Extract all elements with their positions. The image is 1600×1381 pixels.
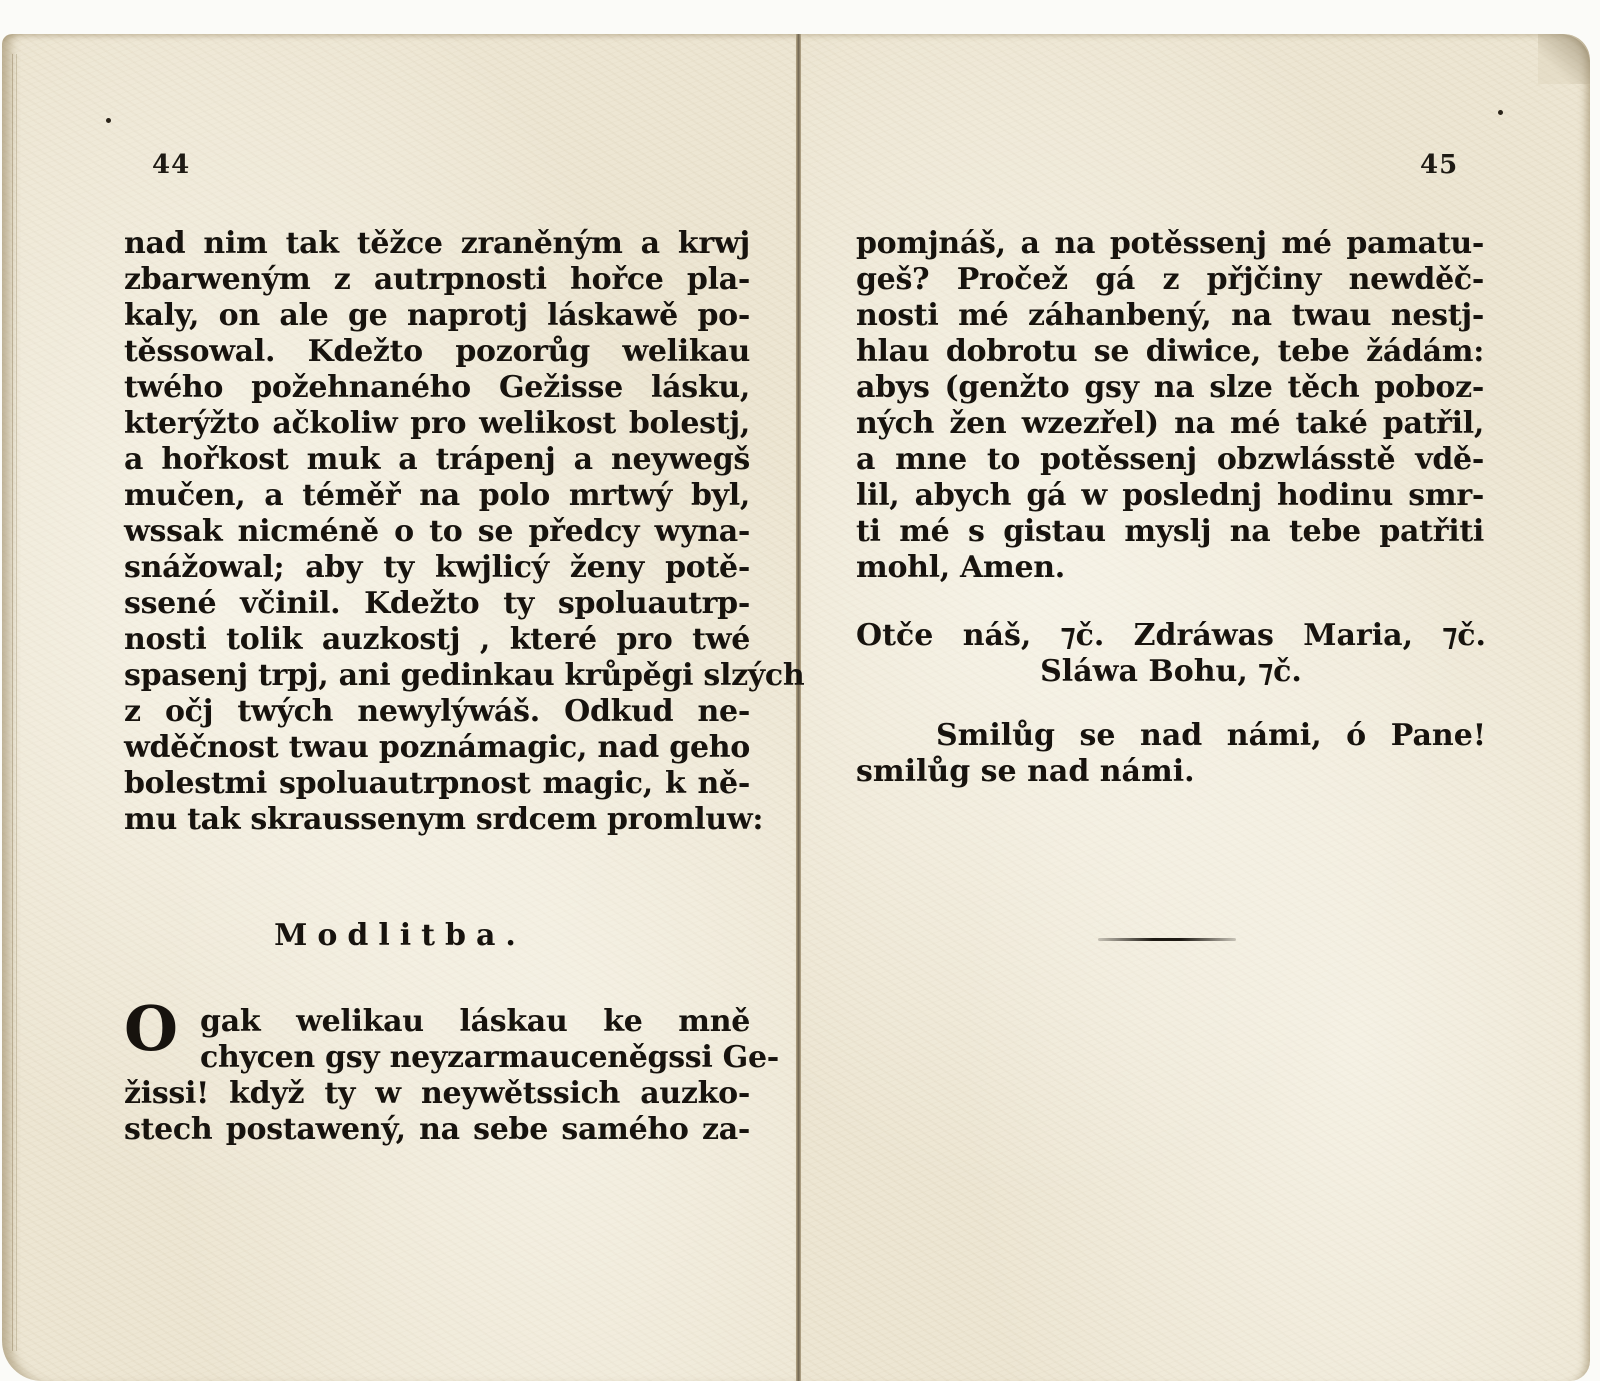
text-line: ných žen wzezřel) na mé také patřil, [856, 406, 1484, 442]
page-number-right: 45 [1420, 150, 1458, 180]
prayer-text: O gak welikau láskau ke mně chycen gsy n… [124, 1004, 750, 1148]
text-line: a hořkost muk a trápenj a neywegš [124, 442, 750, 478]
text-line: mu tak skraussenym srdcem promluw: [124, 802, 750, 838]
text-line: chycen gsy neyzarmauceněgssi Ge- [124, 1040, 750, 1076]
drop-cap: O [124, 998, 178, 1056]
text-line: geš? Pročež gá z přjčiny newděč- [856, 262, 1484, 298]
litany-text: Smilůg se nad námi, ó Pane! smilůg se na… [856, 718, 1486, 790]
text-line: abys (genžto gsy na slze těch poboz- [856, 370, 1484, 406]
ink-speck [1498, 110, 1503, 115]
text-line: wděčnost twau poznámagic, nad geho [124, 730, 750, 766]
text-line: nosti mé záhanbený, na twau nestj- [856, 298, 1484, 334]
book-spread: 44 nad nim tak těžce zraněným a krwj zba… [0, 0, 1600, 1381]
text-line: mučen, a téměř na polo mrtwý byl, [124, 478, 750, 514]
page-number-left: 44 [152, 150, 190, 180]
text-line: kaly, on ale ge naprotj láskawě po- [124, 298, 750, 334]
text-line: twého požehnaného Gežisse lásku, [124, 370, 750, 406]
text-line: nosti tolik auzkostj , které pro twé [124, 622, 750, 658]
text-line: mohl, Amen. [856, 550, 1484, 586]
text-line: bolestmi spoluautrpnost magic, k ně- [124, 766, 750, 802]
ink-speck [106, 118, 111, 123]
text-line: zbarweným z autrpnosti hořce pla- [124, 262, 750, 298]
text-line: pomjnáš, a na potěssenj mé pamatu- [856, 226, 1484, 262]
text-line: spasenj trpj, ani gedinkau krůpěgi slzýc… [124, 658, 750, 694]
text-line: hlau dobrotu se diwice, tebe žádám: [856, 334, 1484, 370]
text-line: ssené včinil. Kdežto ty spoluautrp- [124, 586, 750, 622]
right-body-text: pomjnáš, a na potěssenj mé pamatu- geš? … [856, 226, 1484, 586]
litany-line: smilůg se nad námi. [856, 754, 1486, 790]
text-line: snážowal; aby ty kwjlicý ženy potě- [124, 550, 750, 586]
prayer-titles-line: Sláwa Bohu, ⁊č. [856, 654, 1486, 690]
text-line: nad nim tak těžce zraněným a krwj [124, 226, 750, 262]
text-line: z očj twých newylýwáš. Odkud ne- [124, 694, 750, 730]
text-line: lil, abych gá w poslednj hodinu smr- [856, 478, 1484, 514]
end-ornament-rule [1098, 938, 1236, 941]
prayers-list: Otče náš, ⁊č. Zdráwas Maria, ⁊č. Sláwa B… [856, 618, 1486, 690]
text-line: těssowal. Kdežto pozorůg welikau [124, 334, 750, 370]
text-line: a mne to potěssenj obzwlásstě vdě- [856, 442, 1484, 478]
text-line: wssak nicméně o to se předcy wyna- [124, 514, 750, 550]
text-line: stech postawený, na sebe samého za- [124, 1112, 750, 1148]
text-line: žissi! když ty w neywětssich auzko- [124, 1076, 750, 1112]
book-gutter [796, 34, 801, 1381]
section-heading: Modlitba. [0, 918, 800, 953]
left-body-text: nad nim tak těžce zraněným a krwj zbarwe… [124, 226, 750, 838]
litany-line: Smilůg se nad námi, ó Pane! [856, 718, 1486, 754]
prayer-titles-line: Otče náš, ⁊č. Zdráwas Maria, ⁊č. [856, 618, 1486, 654]
text-line: kterýžto ačkoliw pro welikost bolestj, [124, 406, 750, 442]
text-line: gak welikau láskau ke mně [124, 1004, 750, 1040]
text-line: ti mé s gistau myslj na tebe patřiti [856, 514, 1484, 550]
